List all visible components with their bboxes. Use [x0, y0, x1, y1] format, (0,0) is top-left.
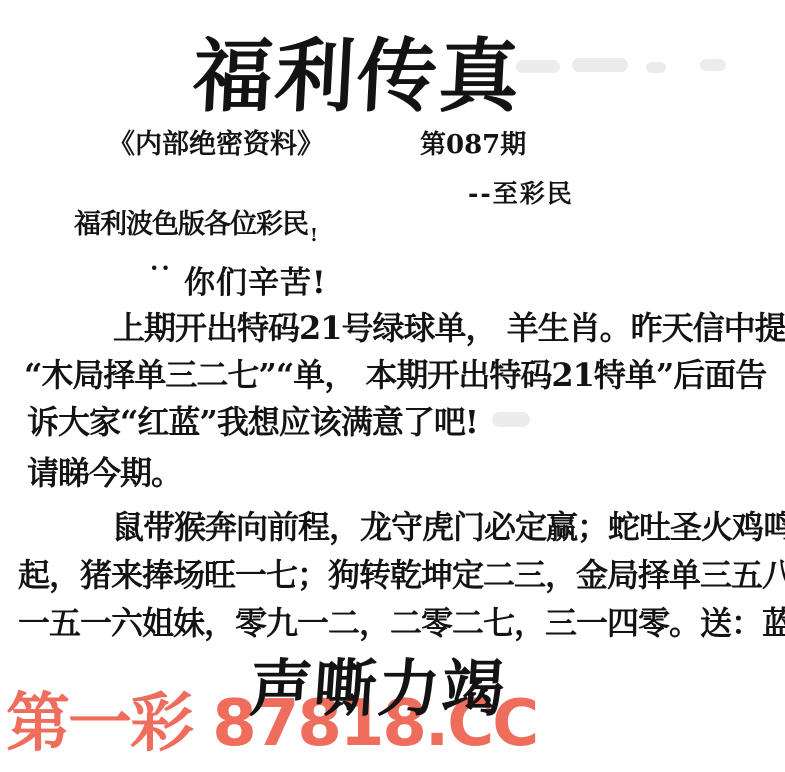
paragraph-line: 上期开出特码21号绿球单， 羊生肖。昨天信中提供 — [113, 312, 785, 344]
smudge-artifact — [646, 62, 666, 73]
salutation-line: 福利波色版各位彩民! — [74, 211, 315, 238]
poem-line: 起，猪来捧场旺一七；狗转乾坤定二三，金局择单三五八。 — [18, 559, 785, 591]
paragraph-line: 诉大家“红蓝”我想应该满意了吧! — [27, 406, 478, 438]
smudge-artifact — [572, 58, 628, 72]
fax-document: { "header": { "title": "福利传真", "classifi… — [0, 0, 785, 772]
paragraph-line: “木局择单三二七”“单， 本期开出特码21特单”后面告 — [24, 359, 766, 391]
classification-label: 《内部绝密资料》 — [108, 131, 324, 158]
greeting-line: 你们辛苦! — [184, 268, 327, 299]
poem-line: 一五一六姐妹，零九一二，二零二七，三一四零。送：蓝绿 — [18, 607, 785, 639]
paragraph-line: 请睇今期。 — [27, 457, 182, 489]
issue-number: 第087期 — [420, 132, 526, 158]
poem-line: 鼠带猴奔向前程，龙守虎门必定赢；蛇吐圣火鸡鸣 — [112, 511, 785, 543]
closing-calligraphy: 声嘶力竭 — [248, 658, 508, 720]
dedication-line: --至彩民 — [468, 181, 574, 206]
smudge-artifact — [700, 59, 726, 71]
greeting-dots: ·· — [150, 256, 173, 280]
smudge-artifact — [516, 60, 560, 73]
salutation-text: 福利波色版各位彩民 — [74, 209, 308, 240]
smudge-artifact — [492, 412, 530, 427]
page-title: 福利传真 — [191, 36, 523, 116]
salutation-punctuation: ! — [310, 225, 317, 246]
